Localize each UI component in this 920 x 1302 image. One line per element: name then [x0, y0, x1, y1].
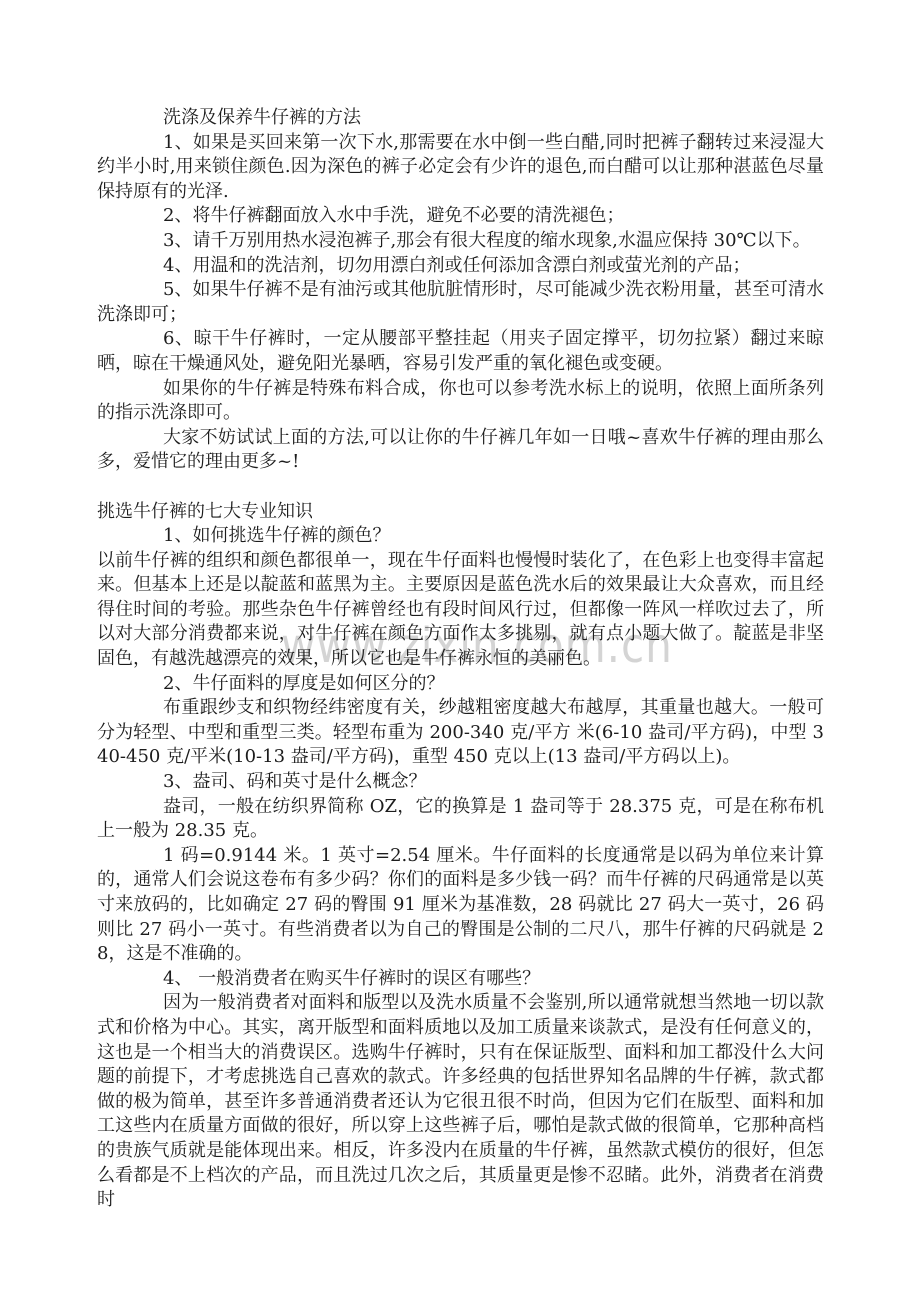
document-content: 洗涤及保养牛仔裤的方法1、如果是买回来第一次下水,那需要在水中倒一些白醋,同时把… — [97, 106, 824, 1213]
care-item-6: 6、晾干牛仔裤时，一定从腰部平整挂起（用夹子固定撑平，切勿拉紧）翻过来晾晒，晾在… — [97, 327, 824, 376]
question-4-misconceptions: 4、 一般消费者在购买牛仔裤时的误区有哪些？ — [97, 967, 824, 992]
document-page: www.zixin.com.cn 洗涤及保养牛仔裤的方法1、如果是买回来第一次下… — [0, 0, 920, 1302]
question-1-color: 1、如何挑选牛仔裤的颜色？ — [97, 524, 824, 549]
answer-4-misconceptions: 因为一般消费者对面料和版型以及洗水质量不会鉴别,所以通常就想当然地一切以款式和价… — [97, 991, 824, 1212]
heading-washing-care: 洗涤及保养牛仔裤的方法 — [97, 106, 824, 131]
answer-2-thickness: 布重跟纱支和织物经纬密度有关，纱越粗密度越大布越厚，其重量也越大。一般可分为轻型… — [97, 696, 824, 770]
care-outro: 大家不妨试试上面的方法,可以让你的牛仔裤几年如一日哦~喜欢牛仔裤的理由那么多，爱… — [97, 426, 824, 475]
care-item-1: 1、如果是买回来第一次下水,那需要在水中倒一些白醋,同时把裤子翻转过来浸湿大约半… — [97, 131, 824, 205]
answer-3-ounce: 盎司，一般在纺织界简称 OZ，它的换算是 1 盎司等于 28.375 克，可是在… — [97, 795, 824, 844]
care-item-2: 2、将牛仔裤翻面放入水中手洗，避免不必要的清洗褪色； — [97, 204, 824, 229]
answer-3-yard-inch: 1 码=0.9144 米。1 英寸=2.54 厘米。牛仔面料的长度通常是以码为单… — [97, 844, 824, 967]
question-2-thickness: 2、牛仔面料的厚度是如何区分的？ — [97, 672, 824, 697]
spacer-blank-line — [97, 475, 824, 500]
heading-seven-knowledge: 挑选牛仔裤的七大专业知识 — [97, 500, 824, 525]
answer-1-color: 以前牛仔裤的组织和颜色都很单一，现在牛仔面料也慢慢时装化了，在色彩上也变得丰富起… — [97, 549, 824, 672]
care-item-3: 3、请千万别用热水浸泡裤子,那会有很大程度的缩水现象,水温应保持 30℃以下。 — [97, 229, 824, 254]
care-note-special-fabric: 如果你的牛仔裤是特殊布料合成，你也可以参考洗水标上的说明，依照上面所条列的指示洗… — [97, 377, 824, 426]
care-item-4: 4、用温和的洗洁剂，切勿用漂白剂或任何添加含漂白剂或萤光剂的产品； — [97, 254, 824, 279]
care-item-5: 5、如果牛仔裤不是有油污或其他肮脏情形时，尽可能减少洗衣粉用量，甚至可清水洗涤即… — [97, 278, 824, 327]
question-3-units: 3、盎司、码和英寸是什么概念？ — [97, 770, 824, 795]
